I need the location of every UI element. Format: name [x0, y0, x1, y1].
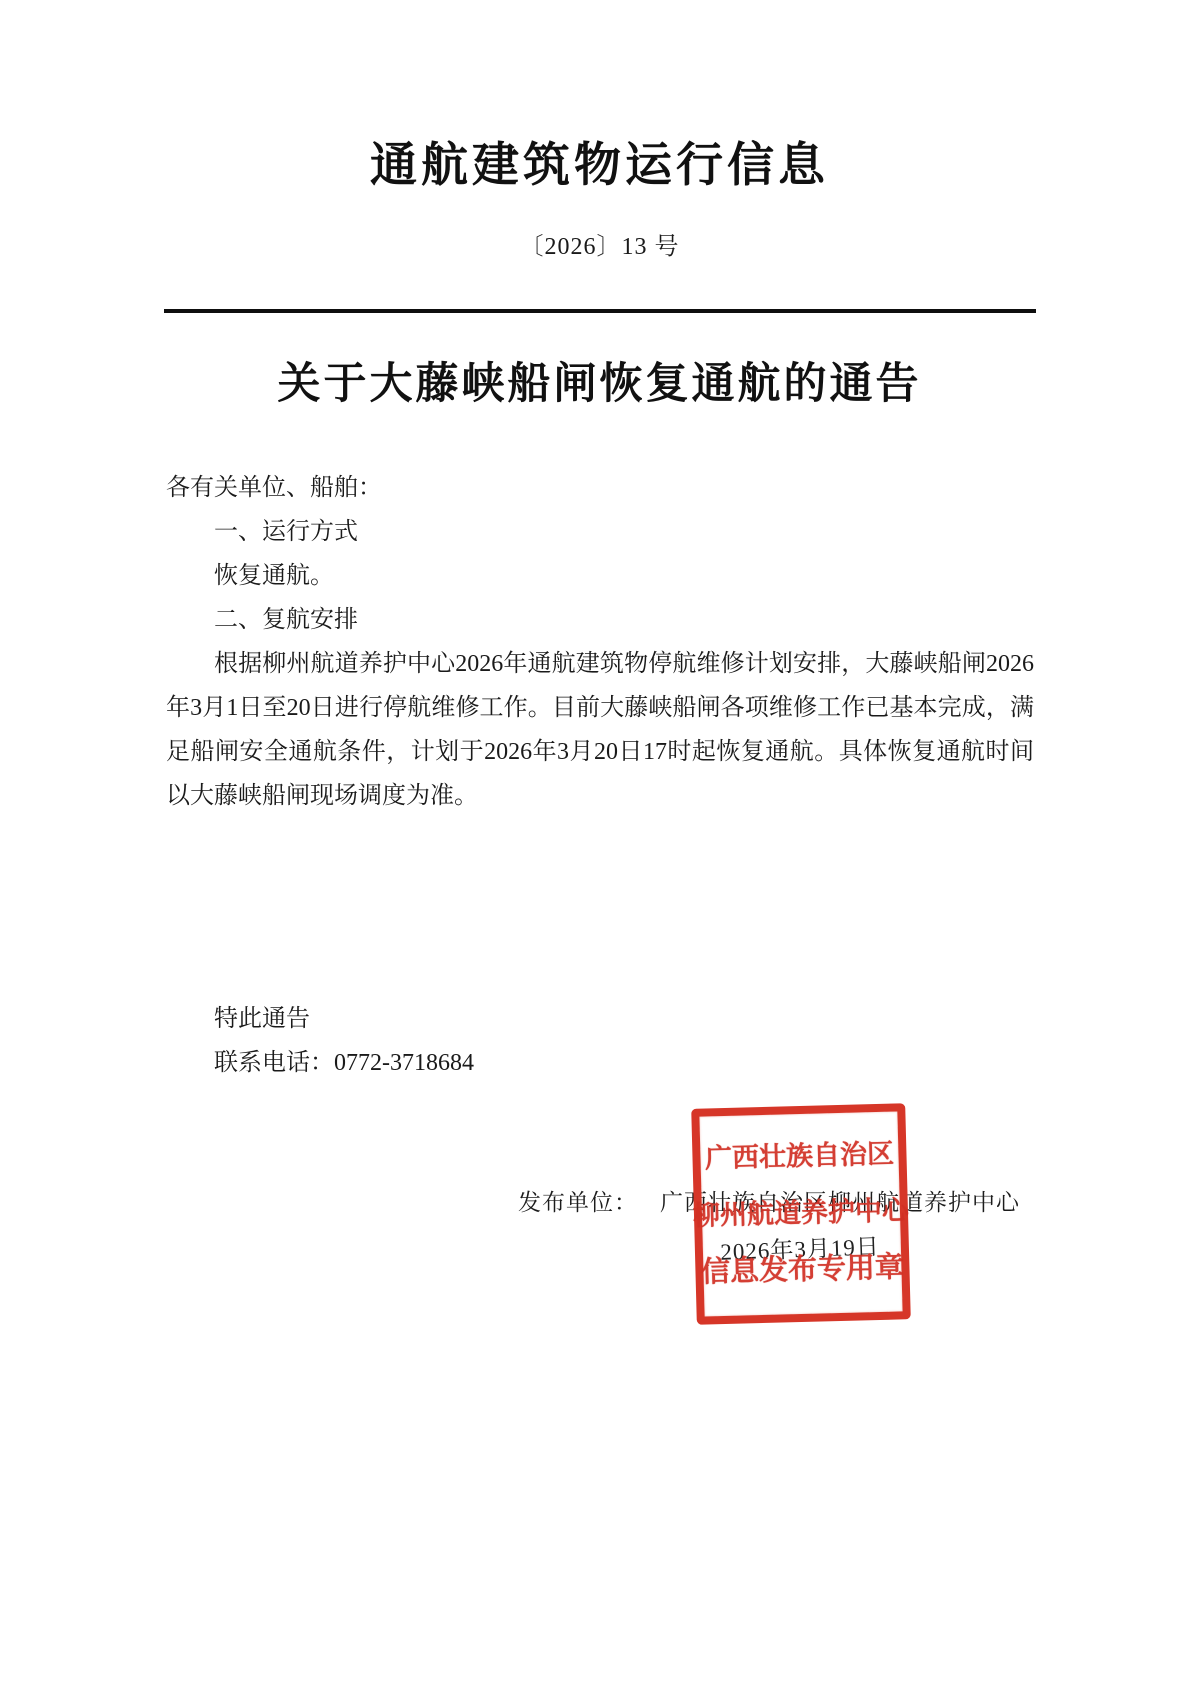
official-stamp: 广西壮族自治区 柳州航道养护中心 信息发布专用章: [691, 1103, 911, 1325]
notice-body: 各有关单位、船舶： 一、运行方式 恢复通航。 二、复航安排 根据柳州航道养护中心…: [166, 466, 1034, 1085]
stamp-line-org: 柳州航道养护中心: [693, 1197, 910, 1230]
document-page: 通航建筑物运行信息 〔2026〕13 号 关于大藤峡船闸恢复通航的通告 各有关单…: [0, 0, 1199, 1696]
salutation: 各有关单位、船舶：: [166, 466, 1034, 510]
section2-paragraph: 根据柳州航道养护中心2026年通航建筑物停航维修计划安排，大藤峡船闸2026年3…: [166, 642, 1034, 818]
document-title: 通航建筑物运行信息: [0, 128, 1199, 195]
closing-statement: 特此通告: [166, 997, 1034, 1041]
section2-heading: 二、复航安排: [166, 598, 1034, 642]
document-number: 〔2026〕13 号: [0, 226, 1199, 261]
contact-phone: 联系电话：0772-3718684: [166, 1041, 1034, 1085]
divider-line: [164, 309, 1036, 313]
notice-title: 关于大藤峡船闸恢复通航的通告: [0, 350, 1199, 411]
section1-heading: 一、运行方式: [166, 510, 1034, 554]
stamp-line-purpose: 信息发布专用章: [701, 1253, 905, 1287]
section1-content: 恢复通航。: [166, 554, 1034, 598]
stamp-line-region: 广西壮族自治区: [705, 1141, 895, 1173]
publisher-label: 发布单位：: [518, 1190, 638, 1215]
